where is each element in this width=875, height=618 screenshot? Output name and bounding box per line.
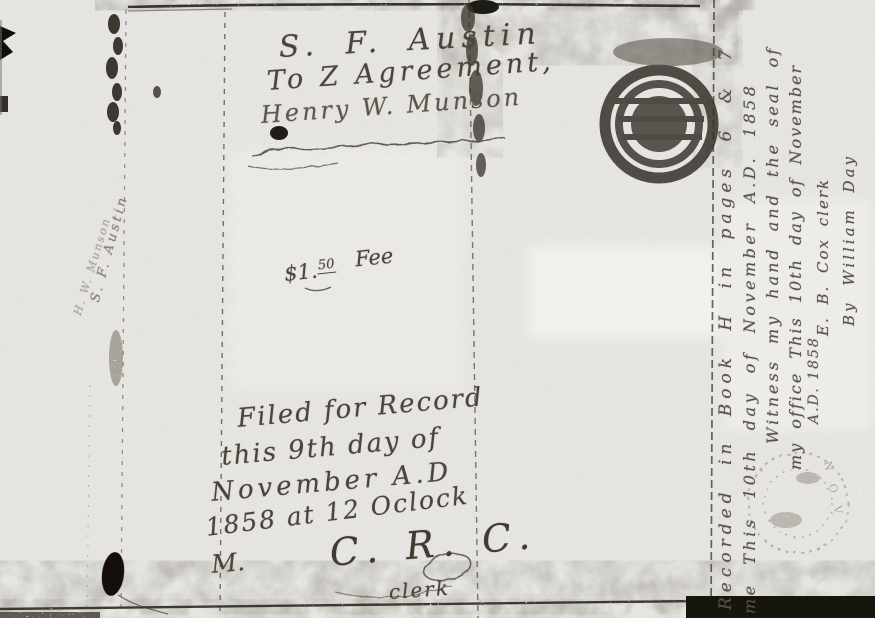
recording-line-1: Recorded in Book H in pages 6 & 7 bbox=[716, 45, 736, 610]
filing-line-5: M. bbox=[210, 547, 246, 579]
crease-gray-streak bbox=[109, 330, 123, 386]
recording-line-2: me This 10th day of November A.D. 1858 bbox=[740, 83, 759, 614]
scanned-document-page: N O V S. F. Austin To bbox=[0, 0, 875, 618]
clerk-signature-title: clerk bbox=[388, 576, 451, 604]
recording-line-4: my office This 10th day of November bbox=[786, 64, 805, 470]
fee-cents: 50 bbox=[316, 257, 336, 275]
fee-label: Fee bbox=[354, 244, 395, 272]
recording-line-6: E. B. Cox clerk bbox=[814, 178, 832, 336]
recording-line-5: A.D. 1858 bbox=[806, 336, 822, 424]
recording-line-7: By William Day bbox=[840, 154, 858, 326]
recording-line-3: Witness my hand and the seal of bbox=[763, 46, 782, 444]
fee-amount: $1. bbox=[283, 259, 319, 286]
